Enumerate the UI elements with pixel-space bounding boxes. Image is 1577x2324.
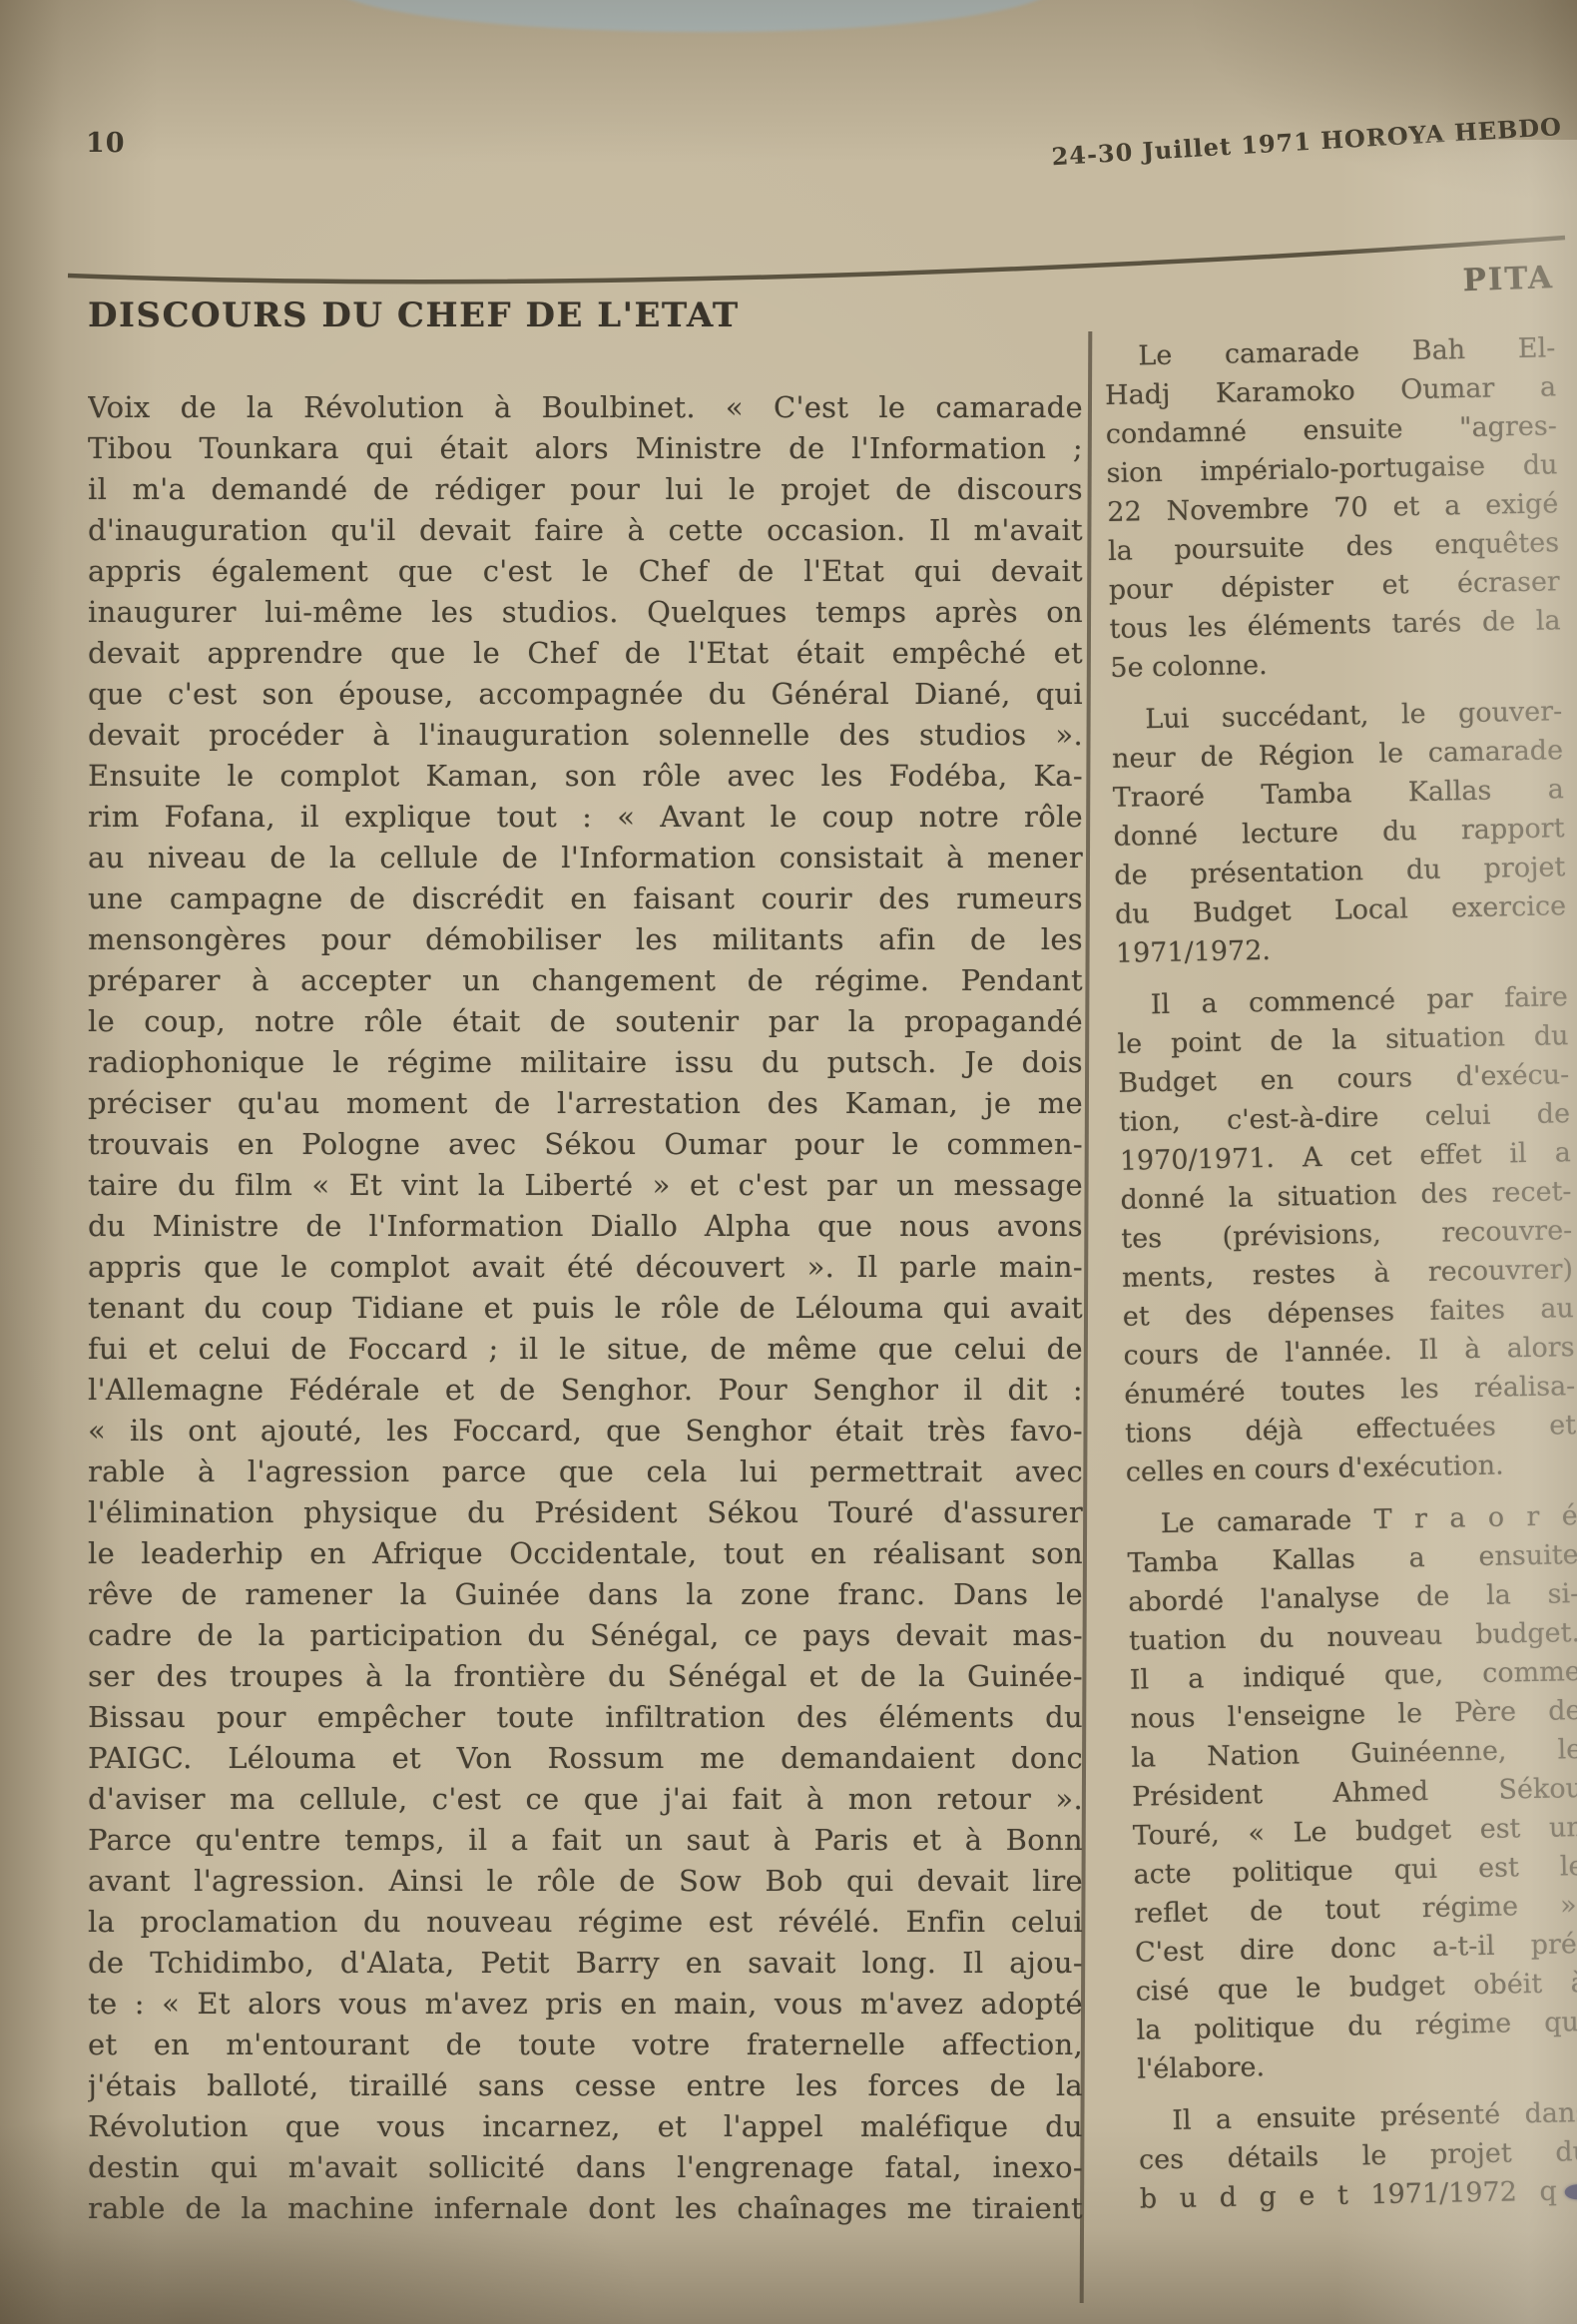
text-line: ser des troupes à la frontière du Sénéga… [88, 1656, 1083, 1697]
text-line: que c'est son épouse, accompagnée du Gén… [88, 674, 1083, 715]
text-line: le leaderhip en Afrique Occidentale, tou… [88, 1533, 1083, 1574]
masthead-date: 24-30 Juillet 1971 HOROYA HEBDO [943, 112, 1563, 178]
text-line: rable à l'agression parce que cela lui p… [88, 1452, 1083, 1492]
text-line: tenant du coup Tidiane et puis le rôle d… [88, 1288, 1083, 1329]
paragraph: Lui succédant, le gouver-neur de Région … [1111, 692, 1567, 973]
right-column-body: Le camarade Bah El-Hadj Karamoko Oumar a… [1104, 328, 1577, 2231]
article-body: Voix de la Révolution à Boulbinet. « C'e… [88, 387, 1083, 2229]
text-line: b u d g e t 1971/1972 q [1139, 2171, 1577, 2219]
text-line: Révolution que vous incarnez, et l'appel… [88, 2106, 1083, 2147]
text-line: inaugurer lui-même les studios. Quelques… [88, 592, 1083, 633]
text-line: préciser qu'au moment de l'arrestation d… [88, 1083, 1083, 1124]
text-line: radiophonique le régime militaire issu d… [88, 1042, 1083, 1083]
text-line: l'élabore. [1137, 2041, 1577, 2089]
text-line: l'Allemagne Fédérale et de Senghor. Pour… [88, 1370, 1083, 1411]
text-line: avant l'agression. Ainsi le rôle de Sow … [88, 1861, 1083, 1902]
article-headline: DISCOURS DU CHEF DE L'ETAT [88, 295, 1081, 335]
text-line: j'étais balloté, tiraillé sans cesse ent… [88, 2065, 1083, 2106]
text-line: appris également que c'est le Chef de l'… [88, 551, 1083, 592]
text-line: une campagne de discrédit en faisant cou… [88, 878, 1083, 919]
text-line: destin qui m'avait sollicité dans l'engr… [88, 2147, 1083, 2188]
text-line: mensongères pour démobiliser les militan… [88, 919, 1083, 960]
text-line: préparer à accepter un changement de rég… [88, 960, 1083, 1001]
text-line: rêve de ramener la Guinée dans la zone f… [88, 1574, 1083, 1615]
text-line: 5e colonne. [1110, 640, 1562, 688]
text-line: du Ministre de l'Information Diallo Alph… [88, 1206, 1083, 1247]
text-line: rable de la machine infernale dont les c… [88, 2188, 1083, 2229]
paragraph: Il a ensuite présenté dansces détails le… [1138, 2093, 1577, 2219]
text-line: l'élimination physique du Président Séko… [88, 1492, 1083, 1533]
text-line: Ensuite le complot Kaman, son rôle avec … [88, 756, 1083, 797]
text-line: de Tchidimbo, d'Alata, Petit Barry en sa… [88, 1943, 1083, 1984]
text-line: le coup, notre rôle était de soutenir pa… [88, 1001, 1083, 1042]
text-line: fui et celui de Foccard ; il le situe, d… [88, 1329, 1083, 1370]
text-line: la proclamation du nouveau régime est ré… [88, 1902, 1083, 1943]
text-line: 1971/1972. [1115, 925, 1567, 973]
text-line: cadre de la participation du Sénégal, ce… [88, 1615, 1083, 1656]
text-line: et en m'entourant de toute votre fratern… [88, 2025, 1083, 2065]
paragraph: Le camarade Bah El-Hadj Karamoko Oumar a… [1104, 328, 1562, 688]
newspaper-page: 10 24-30 Juillet 1971 HOROYA HEBDO DISCO… [0, 0, 1577, 2324]
text-line: taire du film « Et vint la Liberté » et … [88, 1165, 1083, 1206]
ink-blot [1565, 2184, 1577, 2199]
text-line: celles en cours d'exécution. [1125, 1445, 1577, 1492]
paragraph: Il a commencé par fairele point de la si… [1116, 977, 1577, 1492]
text-line: devait apprendre que le Chef de l'Etat é… [88, 633, 1083, 674]
text-line: rim Fofana, il explique tout : « Avant l… [88, 797, 1083, 838]
text-line: devait procéder à l'inauguration solenne… [88, 715, 1083, 756]
text-line: « ils ont ajouté, les Foccard, que Sengh… [88, 1411, 1083, 1452]
text-line: au niveau de la cellule de l'Information… [88, 838, 1083, 878]
text-line: Tibou Tounkara qui était alors Ministre … [88, 428, 1083, 469]
text-line: il m'a demandé de rédiger pour lui le pr… [88, 469, 1083, 510]
text-line: PAIGC. Lélouma et Von Rossum me demandai… [88, 1738, 1083, 1779]
text-line: appris que le complot avait été découver… [88, 1247, 1083, 1288]
paragraph: Le camarade T r a o r éTamba Kallas a en… [1126, 1496, 1577, 2089]
text-line: te : « Et alors vous m'avez pris en main… [88, 1984, 1083, 2025]
text-line: Bissau pour empêcher toute infiltration … [88, 1697, 1083, 1738]
text-line: d'inauguration qu'il devait faire à cett… [88, 510, 1083, 551]
text-line: Parce qu'entre temps, il a fait un saut … [88, 1820, 1083, 1861]
text-line: d'aviser ma cellule, c'est ce que j'ai f… [88, 1779, 1083, 1820]
text-line: Voix de la Révolution à Boulbinet. « C'e… [88, 387, 1083, 428]
photo-background-strip [329, 0, 1058, 32]
page-number: 10 [86, 128, 126, 159]
text-line: trouvais en Pologne avec Sékou Oumar pou… [88, 1124, 1083, 1165]
